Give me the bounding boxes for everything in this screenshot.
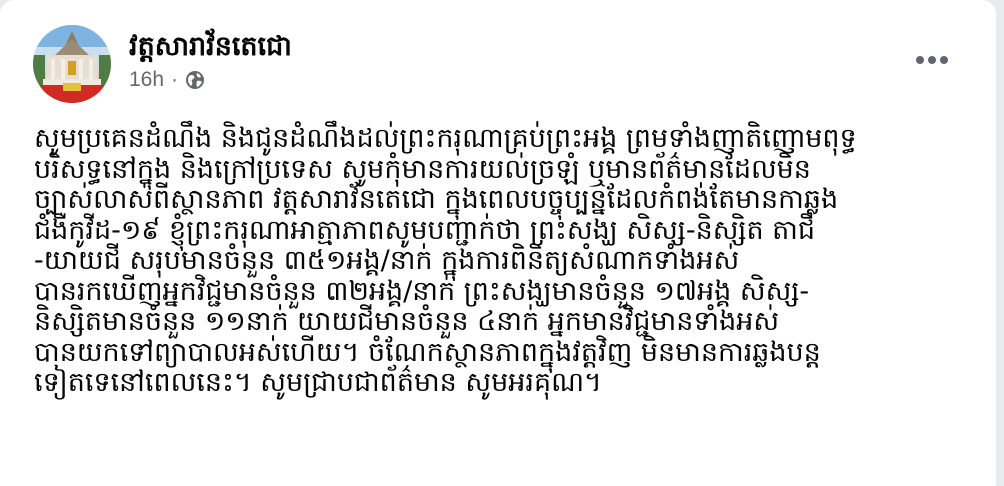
post-body: សូមប្រគេនដំណឹង និងជូនដំណឹងដល់ព្រះករុណាគ្… — [34, 124, 974, 399]
post-body-line: ទៀតទេនៅពេលនេះ។ សូមជ្រាបជាព័ត៌មាន សូមអរគុ… — [34, 368, 974, 399]
post-meta: វត្តសារាវ័នតេជោ 16h · — [129, 25, 292, 93]
post-subtitle: 16h · — [129, 67, 292, 93]
separator-dot: · — [171, 67, 178, 93]
avatar[interactable] — [33, 25, 111, 103]
post-body-line: -យាយជី សរុបមានចំនួន ៣៥១អង្គ/នាក់ ក្នុងកា… — [34, 246, 974, 277]
post-card: វត្តសារាវ័នតេជោ 16h · សូមប្រគេនដំណឹង និង — [0, 0, 996, 486]
more-horizontal-icon — [916, 56, 924, 64]
post-body-line: ជំងឺកូវីដ-១៩ ខ្ញុំព្រះករុណាអាត្មាភាពសូមប… — [34, 216, 974, 247]
more-horizontal-icon — [940, 56, 948, 64]
post-header: វត្តសារាវ័នតេជោ 16h · — [33, 25, 292, 105]
post-body-line: បរិសទ្ធនៅក្នុង និងក្រៅប្រទេស សូមកុំមានកា… — [34, 155, 974, 186]
post-body-line: ច្បាស់លាស់ពីស្ថានភាព វត្តសារាវ័នតេជោ ក្ន… — [34, 185, 974, 216]
post-body-line: បានរកឃើញអ្នកវិជ្ជមានចំនួន ៣២អង្គ/នាក់ ព្… — [34, 277, 974, 308]
more-options-button[interactable] — [912, 48, 952, 72]
post-body-line: សូមប្រគេនដំណឹង និងជូនដំណឹងដល់ព្រះករុណាគ្… — [34, 124, 974, 155]
temple-image — [33, 25, 111, 103]
post-body-line: និស្សិតមានចំនួន ១១នាក់ យាយជីមានចំនួន ៤នា… — [34, 307, 974, 338]
globe-icon[interactable] — [185, 70, 205, 90]
more-horizontal-icon — [928, 56, 936, 64]
page-name-link[interactable]: វត្តសារាវ័នតេជោ — [129, 29, 292, 65]
post-body-line: បានយកទៅព្យាបាលអស់ហើយ។ ចំណែកស្ថានភាពក្នុង… — [34, 338, 974, 369]
timestamp-link[interactable]: 16h — [129, 67, 164, 93]
